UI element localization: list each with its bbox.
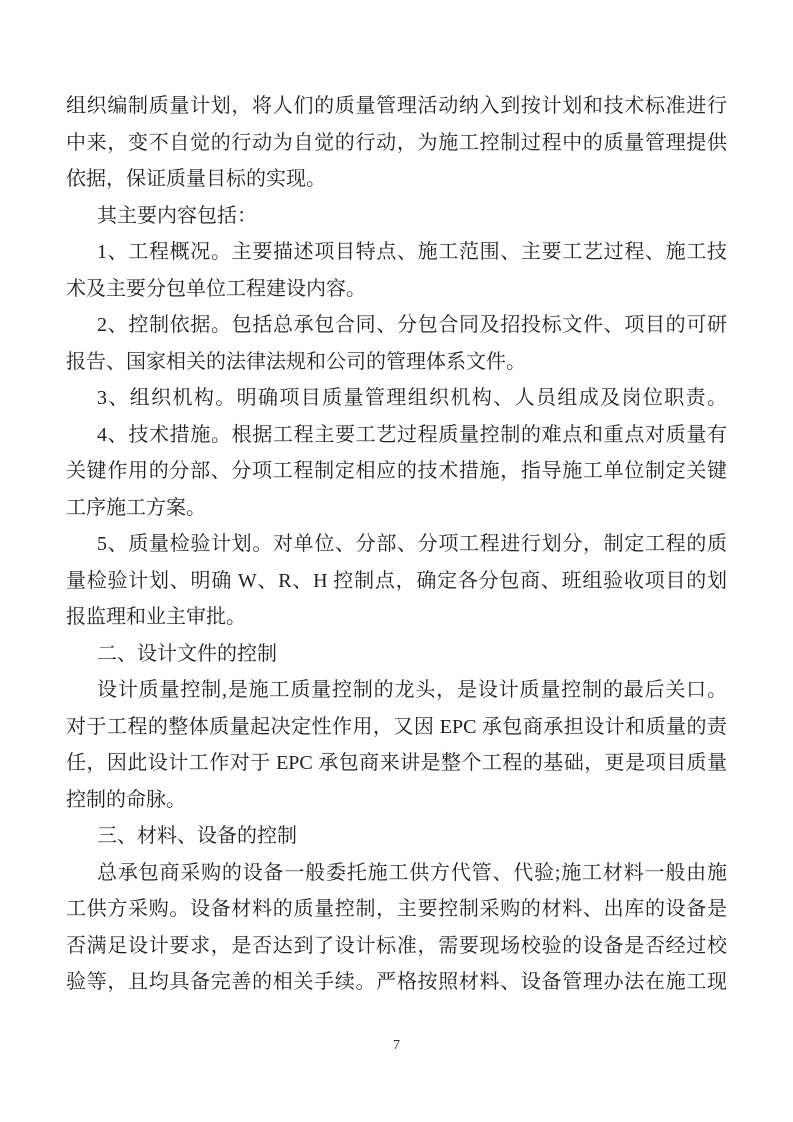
text-line: 工供方采购。设备材料的质量控制，主要控制采购的材料、出库的设备是 [66, 891, 727, 928]
text-line: 5、质量检验计划。对单位、分部、分项工程进行划分，制定工程的质 [66, 526, 727, 563]
text-line: 中来，变不自觉的行动为自觉的行动，为施工控制过程中的质量管理提供 [66, 125, 727, 162]
text-line: 其主要内容包括： [66, 198, 727, 235]
text-line: 设计质量控制,是施工质量控制的龙头，是设计质量控制的最后关口。 [66, 672, 727, 709]
text-line: 关键作用的分部、分项工程制定相应的技术措施，指导施工单位制定关键 [66, 453, 727, 490]
text-line: 3、组织机构。明确项目质量管理组织机构、人员组成及岗位职责。 [66, 380, 727, 417]
text-line: 总承包商采购的设备一般委托施工供方代管、代验;施工材料一般由施 [66, 855, 727, 892]
text-line: 控制的命脉。 [66, 782, 727, 819]
text-line: 2、控制依据。包括总承包合同、分包合同及招投标文件、项目的可研 [66, 307, 727, 344]
page-number: 7 [393, 1038, 400, 1053]
text-line: 工序施工方案。 [66, 490, 727, 527]
text-line: 4、技术措施。根据工程主要工艺过程质量控制的难点和重点对质量有 [66, 417, 727, 454]
text-line: 对于工程的整体质量起决定性作用，又因 EPC 承包商承担设计和质量的责 [66, 709, 727, 746]
page-footer: 7 [0, 1036, 793, 1056]
document-body-text: 组织编制质量计划，将人们的质量管理活动纳入到按计划和技术标准进行 中来，变不自觉… [66, 88, 727, 1001]
text-line: 报告、国家相关的法律法规和公司的管理体系文件。 [66, 344, 727, 381]
text-line: 量检验计划、明确 W、R、H 控制点，确定各分包商、班组验收项目的划分， [66, 563, 727, 600]
text-line: 否满足设计要求，是否达到了设计标准，需要现场校验的设备是否经过校 [66, 928, 727, 965]
text-line: 二、设计文件的控制 [66, 636, 727, 673]
document-page: 组织编制质量计划，将人们的质量管理活动纳入到按计划和技术标准进行 中来，变不自觉… [0, 0, 793, 1122]
text-line: 任，因此设计工作对于 EPC 承包商来讲是整个工程的基础，更是项目质量 [66, 745, 727, 782]
text-line: 报监理和业主审批。 [66, 599, 727, 636]
text-line: 验等，且均具备完善的相关手续。严格按照材料、设备管理办法在施工现 [66, 964, 727, 1001]
text-line: 术及主要分包单位工程建设内容。 [66, 271, 727, 308]
text-line: 依据，保证质量目标的实现。 [66, 161, 727, 198]
text-line: 三、材料、设备的控制 [66, 818, 727, 855]
text-line: 1、工程概况。主要描述项目特点、施工范围、主要工艺过程、施工技 [66, 234, 727, 271]
text-line: 组织编制质量计划，将人们的质量管理活动纳入到按计划和技术标准进行 [66, 88, 727, 125]
